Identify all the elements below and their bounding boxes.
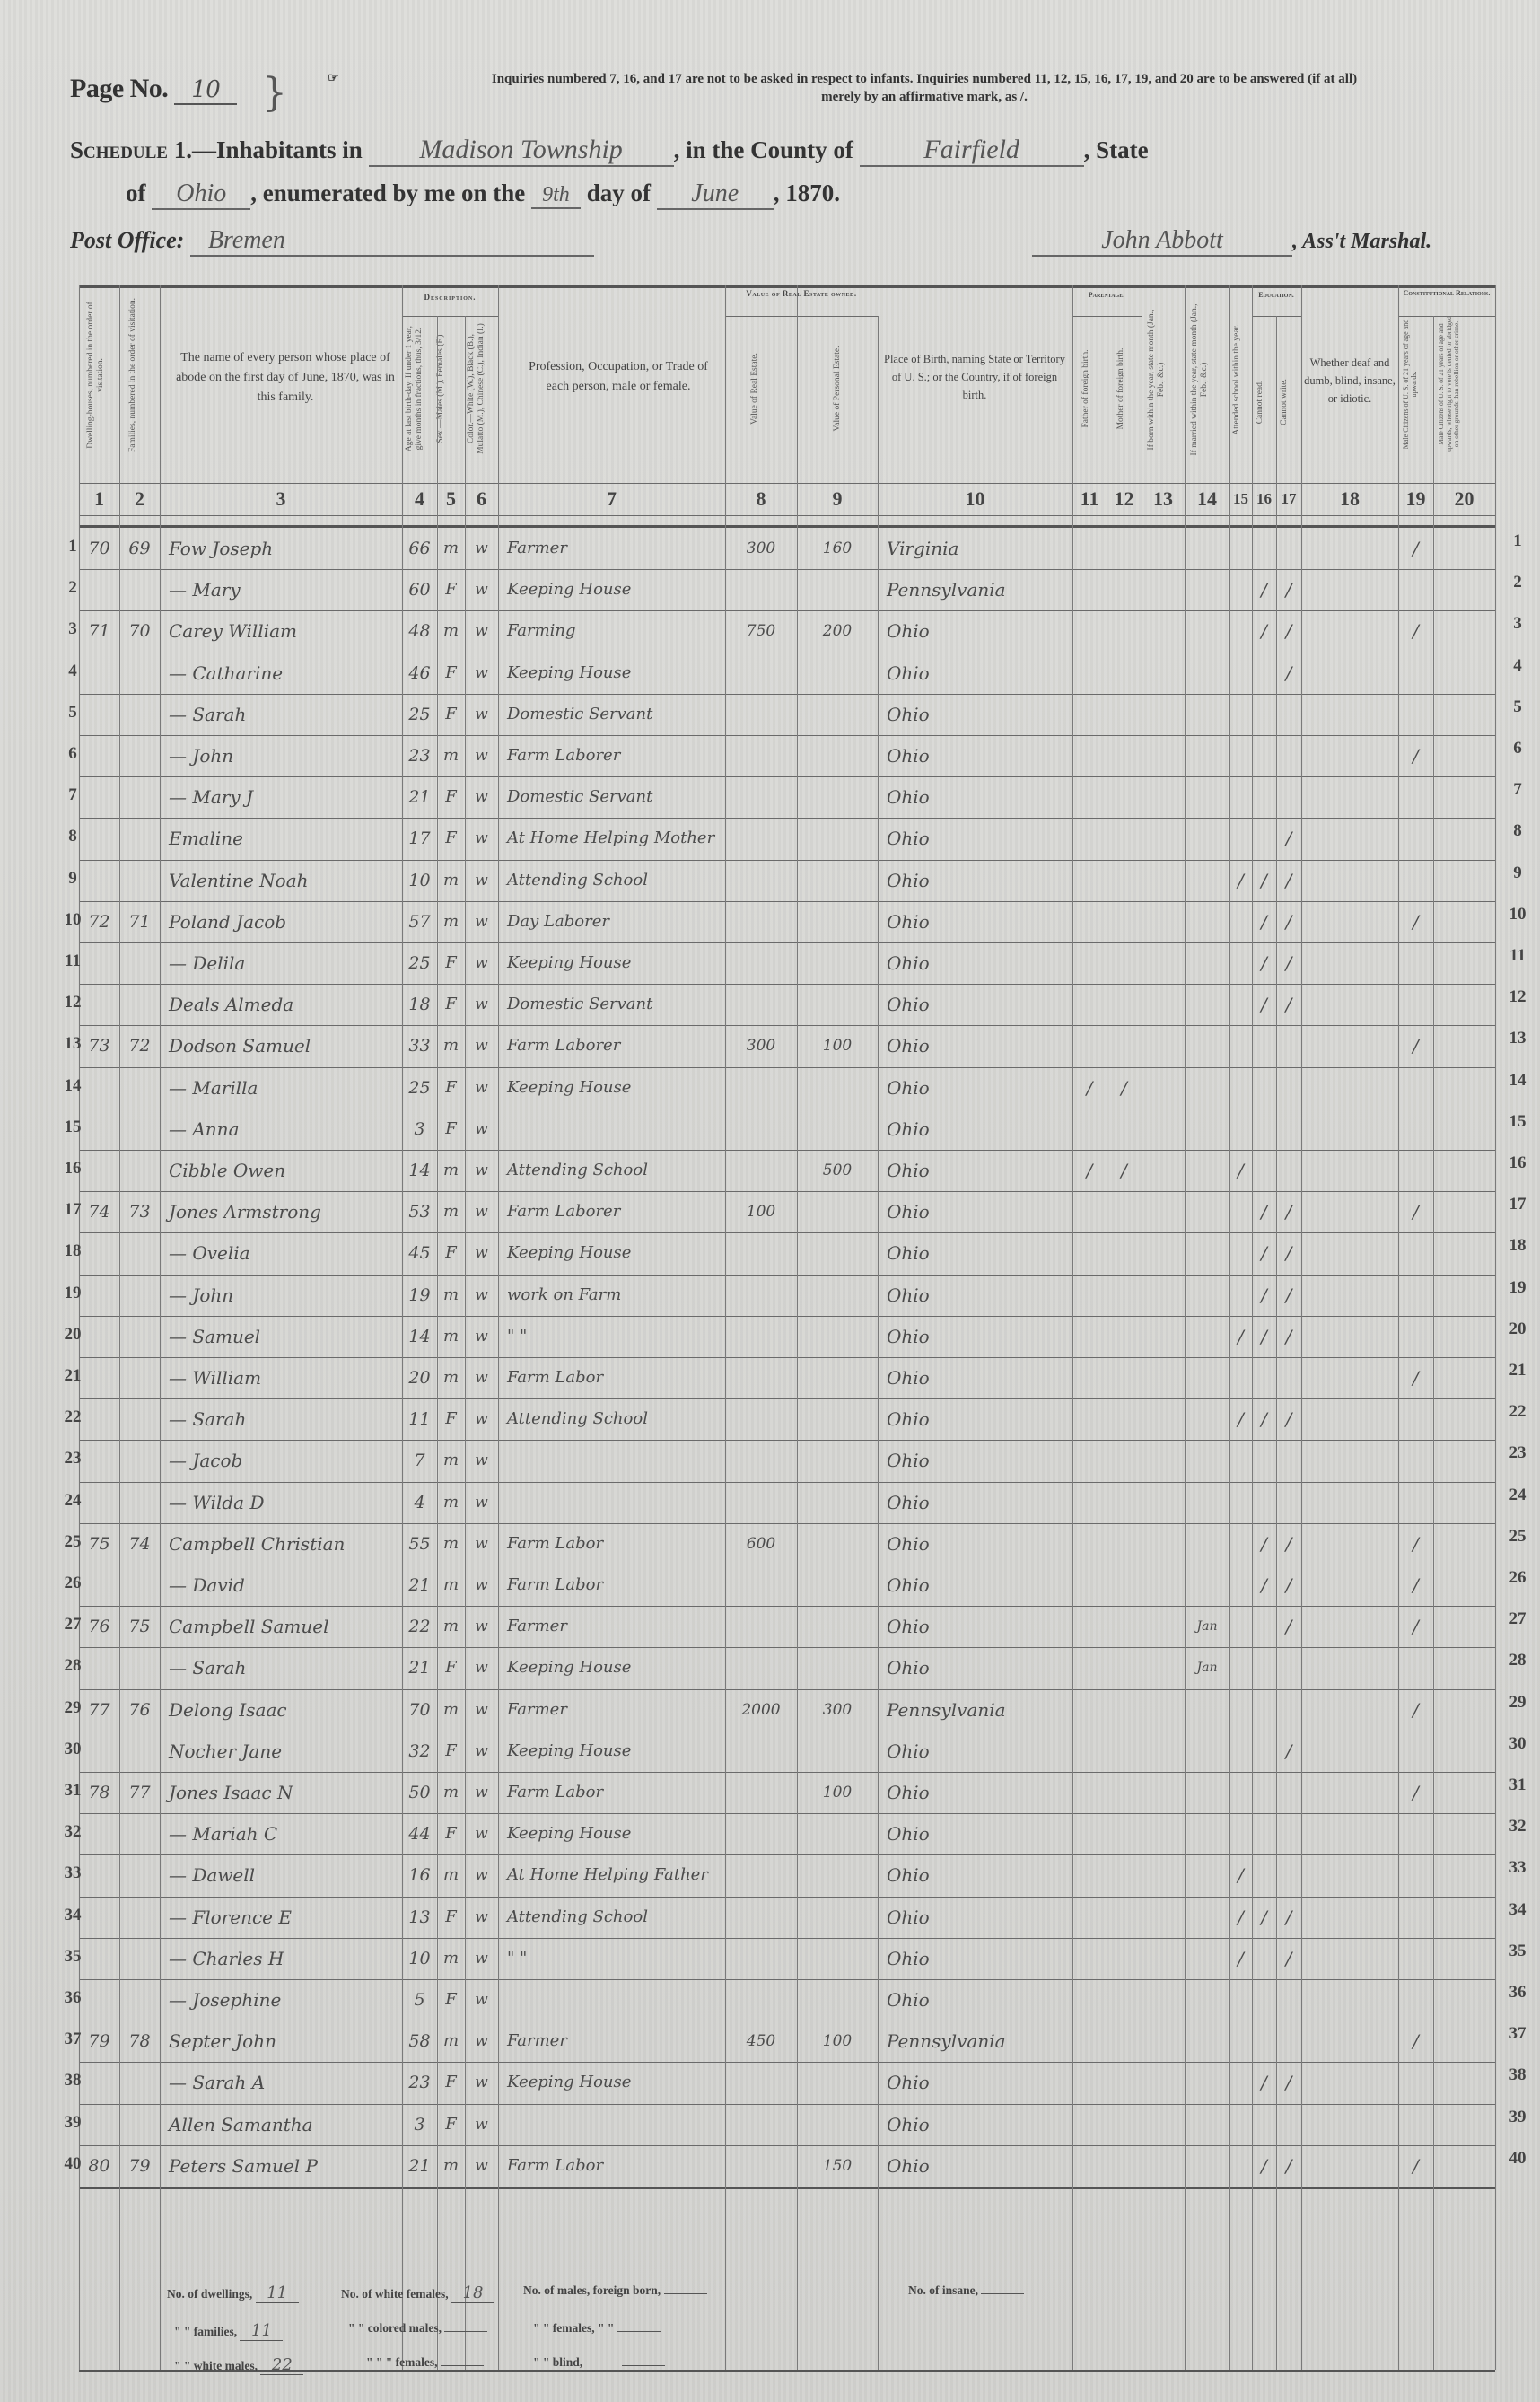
summary-white-females: No. of white females, 18 bbox=[341, 2284, 494, 2303]
header-personal-estate: Value of Personal Estate. bbox=[833, 321, 843, 456]
row-number-right: 33 bbox=[1495, 1858, 1540, 1878]
personal-estate-value bbox=[801, 735, 874, 776]
occupation: Keeping House bbox=[502, 942, 727, 984]
birthplace: Ohio bbox=[881, 776, 1074, 818]
real-estate-value bbox=[729, 1398, 793, 1440]
cannot-write-mark: / bbox=[1280, 2062, 1298, 2103]
row-number-left: 40 bbox=[50, 2154, 95, 2174]
age: 4 bbox=[406, 1482, 433, 1523]
horizontal-rule bbox=[79, 515, 1495, 516]
row-number-right: 20 bbox=[1495, 1319, 1540, 1339]
vertical-rule bbox=[119, 285, 120, 2370]
row-number-left: 10 bbox=[50, 910, 95, 930]
county-field: Fairfield bbox=[860, 135, 1084, 167]
color: w bbox=[468, 818, 494, 859]
personal-estate-value bbox=[801, 1897, 874, 1938]
occupation: Keeping House bbox=[502, 1647, 727, 1688]
sex: F bbox=[441, 653, 461, 694]
family-number bbox=[123, 1647, 156, 1688]
citizen-mark bbox=[1402, 942, 1430, 984]
cannot-read-mark bbox=[1256, 776, 1273, 818]
citizen-mark bbox=[1402, 1275, 1430, 1316]
married-month bbox=[1188, 2104, 1226, 2145]
row-number-right: 7 bbox=[1495, 780, 1540, 800]
column-number-15: 15 bbox=[1229, 483, 1252, 515]
birthplace: Ohio bbox=[881, 1938, 1074, 1979]
row-number-right: 25 bbox=[1495, 1527, 1540, 1547]
mother-foreign-mark bbox=[1110, 2021, 1138, 2062]
born-month bbox=[1145, 735, 1181, 776]
summary-colored-males: " " colored males, bbox=[348, 2321, 487, 2336]
row-number-right: 11 bbox=[1495, 946, 1540, 966]
birthplace: Ohio bbox=[881, 1731, 1074, 1772]
row-number-left: 26 bbox=[50, 1574, 95, 1593]
occupation: Farming bbox=[502, 610, 727, 652]
cannot-write-mark: / bbox=[1280, 1275, 1298, 1316]
person-name: Carey William bbox=[163, 610, 404, 652]
personal-estate-value bbox=[801, 2104, 874, 2145]
occupation: Farm Laborer bbox=[502, 735, 727, 776]
row-number-right: 14 bbox=[1495, 1071, 1540, 1091]
born-month bbox=[1145, 1482, 1181, 1523]
birthplace: Ohio bbox=[881, 1191, 1074, 1232]
father-foreign-mark bbox=[1076, 776, 1103, 818]
header-vote-denied: Male Citizens of U. S. of 21 years of ag… bbox=[1438, 312, 1461, 456]
school-mark bbox=[1233, 1689, 1248, 1731]
sex: F bbox=[441, 1813, 461, 1854]
vertical-rule bbox=[1252, 285, 1253, 2370]
cannot-read-mark bbox=[1256, 1979, 1273, 2021]
school-mark bbox=[1233, 1565, 1248, 1606]
summary-value: 18 bbox=[451, 2284, 494, 2303]
personal-estate-value bbox=[801, 901, 874, 942]
birthplace: Ohio bbox=[881, 1275, 1074, 1316]
school-mark bbox=[1233, 1357, 1248, 1398]
summary-label: No. of insane, bbox=[908, 2284, 978, 2297]
person-name: Fow Joseph bbox=[163, 528, 404, 569]
school-mark bbox=[1233, 1191, 1248, 1232]
color: w bbox=[468, 1854, 494, 1896]
father-foreign-mark bbox=[1076, 1731, 1103, 1772]
real-estate-value bbox=[729, 1813, 793, 1854]
family-number bbox=[123, 984, 156, 1025]
sex: m bbox=[441, 1025, 461, 1066]
cannot-write-mark: / bbox=[1280, 901, 1298, 942]
header-constitutional-group: Constitutional Relations. bbox=[1400, 289, 1493, 297]
married-month bbox=[1188, 818, 1226, 859]
family-number bbox=[123, 1565, 156, 1606]
age: 32 bbox=[406, 1731, 433, 1772]
school-mark: / bbox=[1233, 860, 1248, 901]
married-month bbox=[1188, 1731, 1226, 1772]
citizen-mark bbox=[1402, 776, 1430, 818]
column-number-7: 7 bbox=[498, 483, 725, 515]
birthplace: Ohio bbox=[881, 1565, 1074, 1606]
row-number-right: 29 bbox=[1495, 1693, 1540, 1713]
personal-estate-value bbox=[801, 984, 874, 1025]
born-month bbox=[1145, 1440, 1181, 1481]
father-foreign-mark bbox=[1076, 1897, 1103, 1938]
row-number-right: 30 bbox=[1495, 1734, 1540, 1754]
married-month bbox=[1188, 1565, 1226, 1606]
born-month bbox=[1145, 1025, 1181, 1066]
column-number-19: 19 bbox=[1398, 483, 1433, 515]
sex: F bbox=[441, 1647, 461, 1688]
personal-estate-value bbox=[801, 1275, 874, 1316]
married-month bbox=[1188, 1275, 1226, 1316]
citizen-mark bbox=[1402, 569, 1430, 610]
birthplace: Pennsylvania bbox=[881, 1689, 1074, 1731]
father-foreign-mark bbox=[1076, 1813, 1103, 1854]
sex: F bbox=[441, 1398, 461, 1440]
row-number-right: 37 bbox=[1495, 2024, 1540, 2044]
horizontal-rule bbox=[1398, 316, 1495, 317]
cannot-write-mark bbox=[1280, 1772, 1298, 1813]
row-number-left: 15 bbox=[50, 1118, 95, 1137]
row-number-left: 36 bbox=[50, 1988, 95, 2008]
cannot-read-mark: / bbox=[1256, 942, 1273, 984]
sex: m bbox=[441, 1316, 461, 1357]
sex: F bbox=[441, 818, 461, 859]
father-foreign-mark bbox=[1076, 1440, 1103, 1481]
family-number bbox=[123, 1232, 156, 1274]
mother-foreign-mark bbox=[1110, 942, 1138, 984]
person-name: — Mary bbox=[163, 569, 404, 610]
column-number-10: 10 bbox=[878, 483, 1072, 515]
born-month bbox=[1145, 1854, 1181, 1896]
color: w bbox=[468, 1897, 494, 1938]
person-name: — Charles H bbox=[163, 1938, 404, 1979]
age: 25 bbox=[406, 942, 433, 984]
birthplace: Pennsylvania bbox=[881, 569, 1074, 610]
father-foreign-mark bbox=[1076, 528, 1103, 569]
father-foreign-mark bbox=[1076, 1398, 1103, 1440]
citizen-mark: / bbox=[1402, 2021, 1430, 2062]
family-number: 73 bbox=[123, 1191, 156, 1232]
column-number-8: 8 bbox=[725, 483, 797, 515]
cannot-write-mark: / bbox=[1280, 1565, 1298, 1606]
day-field: 9th bbox=[531, 183, 581, 209]
row-number-left: 19 bbox=[50, 1284, 95, 1303]
married-month bbox=[1188, 2062, 1226, 2103]
summary-label: " " white males, bbox=[174, 2359, 258, 2372]
cannot-read-mark bbox=[1256, 1606, 1273, 1647]
father-foreign-mark bbox=[1076, 984, 1103, 1025]
color: w bbox=[468, 1275, 494, 1316]
father-foreign-mark bbox=[1076, 694, 1103, 735]
cannot-write-mark bbox=[1280, 1854, 1298, 1896]
cannot-write-mark: / bbox=[1280, 1606, 1298, 1647]
cannot-read-mark: / bbox=[1256, 2062, 1273, 2103]
father-foreign-mark bbox=[1076, 1689, 1103, 1731]
age: 60 bbox=[406, 569, 433, 610]
row-number-left: 31 bbox=[50, 1781, 95, 1801]
column-number-16: 16 bbox=[1252, 483, 1276, 515]
cannot-read-mark bbox=[1256, 1938, 1273, 1979]
birthplace: Ohio bbox=[881, 1232, 1074, 1274]
age: 45 bbox=[406, 1232, 433, 1274]
cannot-write-mark: / bbox=[1280, 818, 1298, 859]
occupation: Farmer bbox=[502, 1606, 727, 1647]
school-mark bbox=[1233, 735, 1248, 776]
occupation: Domestic Servant bbox=[502, 694, 727, 735]
age: 33 bbox=[406, 1025, 433, 1066]
sex: m bbox=[441, 1150, 461, 1191]
row-number-right: 15 bbox=[1495, 1112, 1540, 1132]
born-month bbox=[1145, 2062, 1181, 2103]
father-foreign-mark bbox=[1076, 1772, 1103, 1813]
cannot-write-mark: / bbox=[1280, 1897, 1298, 1938]
cannot-read-mark bbox=[1256, 1357, 1273, 1398]
row-number-right: 8 bbox=[1495, 821, 1540, 841]
person-name: — David bbox=[163, 1565, 404, 1606]
family-number bbox=[123, 1357, 156, 1398]
brace-glyph: } bbox=[262, 70, 287, 116]
cannot-write-mark bbox=[1280, 735, 1298, 776]
sex: F bbox=[441, 2062, 461, 2103]
citizen-mark bbox=[1402, 1647, 1430, 1688]
horizontal-rule bbox=[79, 285, 1495, 288]
person-name: Dodson Samuel bbox=[163, 1025, 404, 1066]
personal-estate-value bbox=[801, 1938, 874, 1979]
personal-estate-value bbox=[801, 694, 874, 735]
age: 53 bbox=[406, 1191, 433, 1232]
cannot-read-mark: / bbox=[1256, 1565, 1273, 1606]
age: 25 bbox=[406, 694, 433, 735]
occupation: Farmer bbox=[502, 2021, 727, 2062]
notice-line-1: Inquiries numbered 7, 16, and 17 are not… bbox=[346, 70, 1503, 88]
township-field: Madison Township bbox=[369, 135, 674, 167]
row-number-left: 35 bbox=[50, 1947, 95, 1967]
color: w bbox=[468, 1979, 494, 2021]
header-occupation: Profession, Occupation, or Trade of each… bbox=[519, 357, 718, 397]
personal-estate-value bbox=[801, 1731, 874, 1772]
father-foreign-mark bbox=[1076, 610, 1103, 652]
person-name: — John bbox=[163, 1275, 404, 1316]
occupation: Keeping House bbox=[502, 1813, 727, 1854]
column-number-12: 12 bbox=[1107, 483, 1142, 515]
school-mark: / bbox=[1233, 1150, 1248, 1191]
occupation: Attending School bbox=[502, 860, 727, 901]
header-married-within-year: If married within the year, state month … bbox=[1190, 303, 1209, 456]
school-mark bbox=[1233, 1232, 1248, 1274]
post-office-label: Post Office: bbox=[70, 227, 184, 253]
birthplace: Ohio bbox=[881, 1067, 1074, 1109]
color: w bbox=[468, 1938, 494, 1979]
citizen-mark bbox=[1402, 1440, 1430, 1481]
mother-foreign-mark: / bbox=[1110, 1067, 1138, 1109]
row-number-right: 36 bbox=[1495, 1983, 1540, 2003]
person-name: — William bbox=[163, 1357, 404, 1398]
father-foreign-mark bbox=[1076, 860, 1103, 901]
row-number-right: 38 bbox=[1495, 2065, 1540, 2085]
real-estate-value bbox=[729, 1232, 793, 1274]
family-number bbox=[123, 1979, 156, 2021]
school-mark bbox=[1233, 818, 1248, 859]
school-mark bbox=[1233, 776, 1248, 818]
age: 18 bbox=[406, 984, 433, 1025]
row-number-left: 6 bbox=[50, 744, 95, 764]
color: w bbox=[468, 1689, 494, 1731]
born-month bbox=[1145, 1938, 1181, 1979]
color: w bbox=[468, 1025, 494, 1066]
father-foreign-mark: / bbox=[1076, 1067, 1103, 1109]
school-mark bbox=[1233, 528, 1248, 569]
vertical-rule bbox=[437, 316, 438, 2370]
father-foreign-mark bbox=[1076, 1565, 1103, 1606]
age: 70 bbox=[406, 1689, 433, 1731]
birthplace: Ohio bbox=[881, 901, 1074, 942]
married-month bbox=[1188, 2145, 1226, 2187]
sex: F bbox=[441, 569, 461, 610]
column-number-13: 13 bbox=[1142, 483, 1185, 515]
born-month bbox=[1145, 1191, 1181, 1232]
header-father-foreign: Father of foreign birth. bbox=[1081, 321, 1091, 456]
sex: F bbox=[441, 776, 461, 818]
sex: m bbox=[441, 1191, 461, 1232]
occupation: Day Laborer bbox=[502, 901, 727, 942]
column-number-2: 2 bbox=[119, 483, 160, 515]
person-name: Valentine Noah bbox=[163, 860, 404, 901]
married-month: Jan bbox=[1188, 1606, 1226, 1647]
birthplace: Ohio bbox=[881, 1357, 1074, 1398]
age: 44 bbox=[406, 1813, 433, 1854]
school-mark bbox=[1233, 1731, 1248, 1772]
real-estate-value bbox=[729, 860, 793, 901]
personal-estate-value: 200 bbox=[801, 610, 874, 652]
cannot-write-mark: / bbox=[1280, 984, 1298, 1025]
personal-estate-value bbox=[801, 1482, 874, 1523]
cannot-write-mark bbox=[1280, 1150, 1298, 1191]
age: 10 bbox=[406, 860, 433, 901]
born-month bbox=[1145, 569, 1181, 610]
sex: m bbox=[441, 1482, 461, 1523]
father-foreign-mark bbox=[1076, 818, 1103, 859]
occupation: Attending School bbox=[502, 1398, 727, 1440]
born-month bbox=[1145, 1523, 1181, 1565]
personal-estate-value bbox=[801, 1647, 874, 1688]
married-month bbox=[1188, 1067, 1226, 1109]
born-month bbox=[1145, 901, 1181, 942]
cannot-write-mark bbox=[1280, 1025, 1298, 1066]
school-mark bbox=[1233, 1275, 1248, 1316]
married-month bbox=[1188, 653, 1226, 694]
row-number-left: 27 bbox=[50, 1615, 95, 1635]
header-family: Families, numbered in the order of visit… bbox=[128, 294, 138, 456]
cannot-read-mark: / bbox=[1256, 901, 1273, 942]
school-mark: / bbox=[1233, 1316, 1248, 1357]
age: 22 bbox=[406, 1606, 433, 1647]
family-number bbox=[123, 818, 156, 859]
census-table: Dwelling-houses, numbered in the order o… bbox=[79, 285, 1495, 2359]
school-mark: / bbox=[1233, 1398, 1248, 1440]
occupation: Farm Laborer bbox=[502, 1191, 727, 1232]
birthplace: Ohio bbox=[881, 1897, 1074, 1938]
column-number-3: 3 bbox=[160, 483, 402, 515]
row-number-left: 38 bbox=[50, 2071, 95, 2091]
summary-females-foreign: " " females, " " bbox=[533, 2321, 661, 2336]
citizen-mark: / bbox=[1402, 1025, 1430, 1066]
color: w bbox=[468, 1647, 494, 1688]
age: 48 bbox=[406, 610, 433, 652]
school-mark bbox=[1233, 610, 1248, 652]
personal-estate-value bbox=[801, 1109, 874, 1150]
cannot-read-mark: / bbox=[1256, 984, 1273, 1025]
age: 50 bbox=[406, 1772, 433, 1813]
color: w bbox=[468, 610, 494, 652]
row-number-left: 22 bbox=[50, 1407, 95, 1427]
real-estate-value: 300 bbox=[729, 528, 793, 569]
family-number bbox=[123, 1398, 156, 1440]
citizen-mark bbox=[1402, 653, 1430, 694]
column-number-20: 20 bbox=[1433, 483, 1495, 515]
occupation: Attending School bbox=[502, 1150, 727, 1191]
cannot-read-mark: / bbox=[1256, 1897, 1273, 1938]
column-number-18: 18 bbox=[1301, 483, 1398, 515]
married-month bbox=[1188, 694, 1226, 735]
cannot-read-mark bbox=[1256, 818, 1273, 859]
family-number bbox=[123, 1150, 156, 1191]
row-number-right: 21 bbox=[1495, 1361, 1540, 1381]
born-month bbox=[1145, 694, 1181, 735]
row-number-right: 22 bbox=[1495, 1402, 1540, 1422]
citizen-mark: / bbox=[1402, 1191, 1430, 1232]
summary-value: 11 bbox=[256, 2284, 299, 2303]
cannot-read-mark: / bbox=[1256, 1232, 1273, 1274]
cannot-read-mark bbox=[1256, 1813, 1273, 1854]
born-month bbox=[1145, 1731, 1181, 1772]
sex: m bbox=[441, 735, 461, 776]
married-month bbox=[1188, 776, 1226, 818]
vertical-rule bbox=[1276, 316, 1277, 2370]
age: 10 bbox=[406, 1938, 433, 1979]
personal-estate-value bbox=[801, 1523, 874, 1565]
age: 13 bbox=[406, 1897, 433, 1938]
sex: F bbox=[441, 1232, 461, 1274]
personal-estate-value: 100 bbox=[801, 1025, 874, 1066]
mother-foreign-mark bbox=[1110, 2062, 1138, 2103]
mother-foreign-mark bbox=[1110, 653, 1138, 694]
row-number-left: 23 bbox=[50, 1449, 95, 1468]
cannot-read-mark: / bbox=[1256, 1398, 1273, 1440]
family-number bbox=[123, 1897, 156, 1938]
real-estate-value bbox=[729, 694, 793, 735]
married-month bbox=[1188, 1897, 1226, 1938]
married-month bbox=[1188, 1150, 1226, 1191]
real-estate-value bbox=[729, 1772, 793, 1813]
cannot-write-mark: / bbox=[1280, 860, 1298, 901]
person-name: Deals Almeda bbox=[163, 984, 404, 1025]
father-foreign-mark bbox=[1076, 1523, 1103, 1565]
row-number-right: 6 bbox=[1495, 739, 1540, 758]
personal-estate-value bbox=[801, 1232, 874, 1274]
color: w bbox=[468, 1772, 494, 1813]
mother-foreign-mark bbox=[1110, 984, 1138, 1025]
father-foreign-mark bbox=[1076, 1025, 1103, 1066]
citizen-mark: / bbox=[1402, 528, 1430, 569]
mother-foreign-mark bbox=[1110, 1938, 1138, 1979]
color: w bbox=[468, 528, 494, 569]
family-number bbox=[123, 1854, 156, 1896]
cannot-read-mark: / bbox=[1256, 569, 1273, 610]
father-foreign-mark bbox=[1076, 1316, 1103, 1357]
cannot-write-mark bbox=[1280, 1813, 1298, 1854]
color: w bbox=[468, 1357, 494, 1398]
color: w bbox=[468, 2104, 494, 2145]
cannot-write-mark: / bbox=[1280, 1523, 1298, 1565]
person-name: Campbell Samuel bbox=[163, 1606, 404, 1647]
birthplace: Ohio bbox=[881, 1772, 1074, 1813]
